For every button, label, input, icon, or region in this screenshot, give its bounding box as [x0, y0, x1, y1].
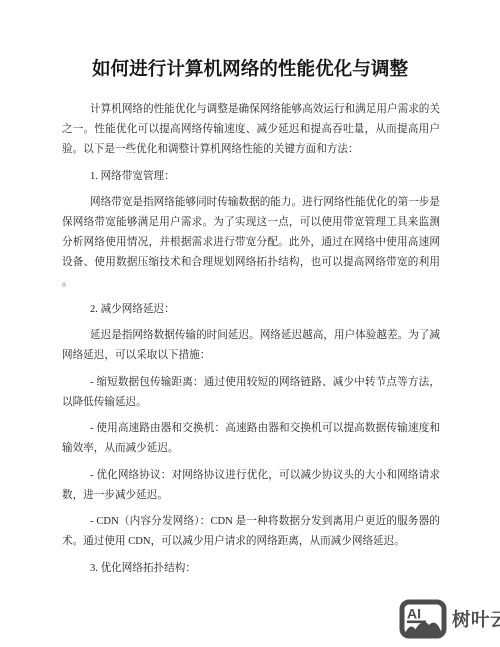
text-line: 保网络带宽能够满足用户需求。为了实现这一点，可以使用带宽管理工具来监测和	[62, 213, 440, 233]
text-line: 数，进一步减少延迟。	[62, 486, 440, 506]
text-line: 网络延迟，可以采取以下措施：	[62, 346, 440, 366]
paragraph: - 使用高速路由器和交换机：高速路由器和交换机可以提高数据传输速度和传输效率，从…	[62, 419, 440, 459]
text-line: 计算机网络的性能优化与调整是确保网络能够高效运行和满足用户需求的关键	[62, 100, 440, 120]
text-line: - 缩短数据包传输距离：通过使用较短的网络链路、减少中转节点等方法，可	[62, 373, 440, 393]
text-line: - CDN（内容分发网络）：CDN 是一种将数据分发到离用户更近的服务器的技	[62, 512, 440, 532]
text-line: 网络带宽是指网络能够同时传输数据的能力。进行网络性能优化的第一步是确	[62, 193, 440, 213]
text-line: 。	[62, 273, 440, 293]
text-line: 验。以下是一些优化和调整计算机网络性能的关键方面和方法：	[62, 140, 440, 160]
text-line: 延迟是指网络数据传输的时间延迟。网络延迟越高，用户体验越差。为了减少	[62, 326, 440, 346]
paragraph: 3. 优化网络拓扑结构：	[62, 559, 440, 579]
text-line: - 优化网络协议：对网络协议进行优化，可以减少协议头的大小和网络请求次	[62, 466, 440, 486]
text-line: - 使用高速路由器和交换机：高速路由器和交换机可以提高数据传输速度和传	[62, 419, 440, 439]
watermark: AI 树叶云	[399, 599, 500, 639]
ai-image-icon: AI	[399, 599, 447, 639]
text-line: 以降低传输延迟。	[62, 393, 440, 413]
document-page: 如何进行计算机网络的性能优化与调整 计算机网络的性能优化与调整是确保网络能够高效…	[0, 0, 500, 647]
paragraph: - CDN（内容分发网络）：CDN 是一种将数据分发到离用户更近的服务器的技术。…	[62, 512, 440, 552]
paragraph: 计算机网络的性能优化与调整是确保网络能够高效运行和满足用户需求的关键之一。性能优…	[62, 100, 440, 160]
text-line: 之一。性能优化可以提高网络传输速度、减少延迟和提高吞吐量，从而提高用户体	[62, 120, 440, 140]
document-title: 如何进行计算机网络的性能优化与调整	[0, 0, 500, 82]
text-line: 输效率，从而减少延迟。	[62, 439, 440, 459]
paragraph: 延迟是指网络数据传输的时间延迟。网络延迟越高，用户体验越差。为了减少网络延迟，可…	[62, 326, 440, 366]
paragraph: 网络带宽是指网络能够同时传输数据的能力。进行网络性能优化的第一步是确保网络带宽能…	[62, 193, 440, 293]
watermark-brand-text: 树叶云	[452, 606, 500, 632]
paragraph: 2. 减少网络延迟：	[62, 300, 440, 320]
paragraph: 1. 网络带宽管理：	[62, 167, 440, 187]
text-line: 1. 网络带宽管理：	[62, 167, 440, 187]
text-line: 3. 优化网络拓扑结构：	[62, 559, 440, 579]
text-line: 2. 减少网络延迟：	[62, 300, 440, 320]
text-line: 设备、使用数据压缩技术和合理规划网络拓扑结构，也可以提高网络带宽的利用率	[62, 253, 440, 273]
ai-icon-label: AI	[407, 606, 421, 622]
paragraph: - 缩短数据包传输距离：通过使用较短的网络链路、减少中转节点等方法，可以降低传输…	[62, 373, 440, 413]
paragraph: - 优化网络协议：对网络协议进行优化，可以减少协议头的大小和网络请求次数，进一步…	[62, 466, 440, 506]
article-body: 计算机网络的性能优化与调整是确保网络能够高效运行和满足用户需求的关键之一。性能优…	[62, 100, 440, 585]
text-line: 分析网络使用情况，并根据需求进行带宽分配。此外，通过在网络中使用高速网络	[62, 233, 440, 253]
text-line: 术。通过使用 CDN，可以减少用户请求的网络距离，从而减少网络延迟。	[62, 532, 440, 552]
